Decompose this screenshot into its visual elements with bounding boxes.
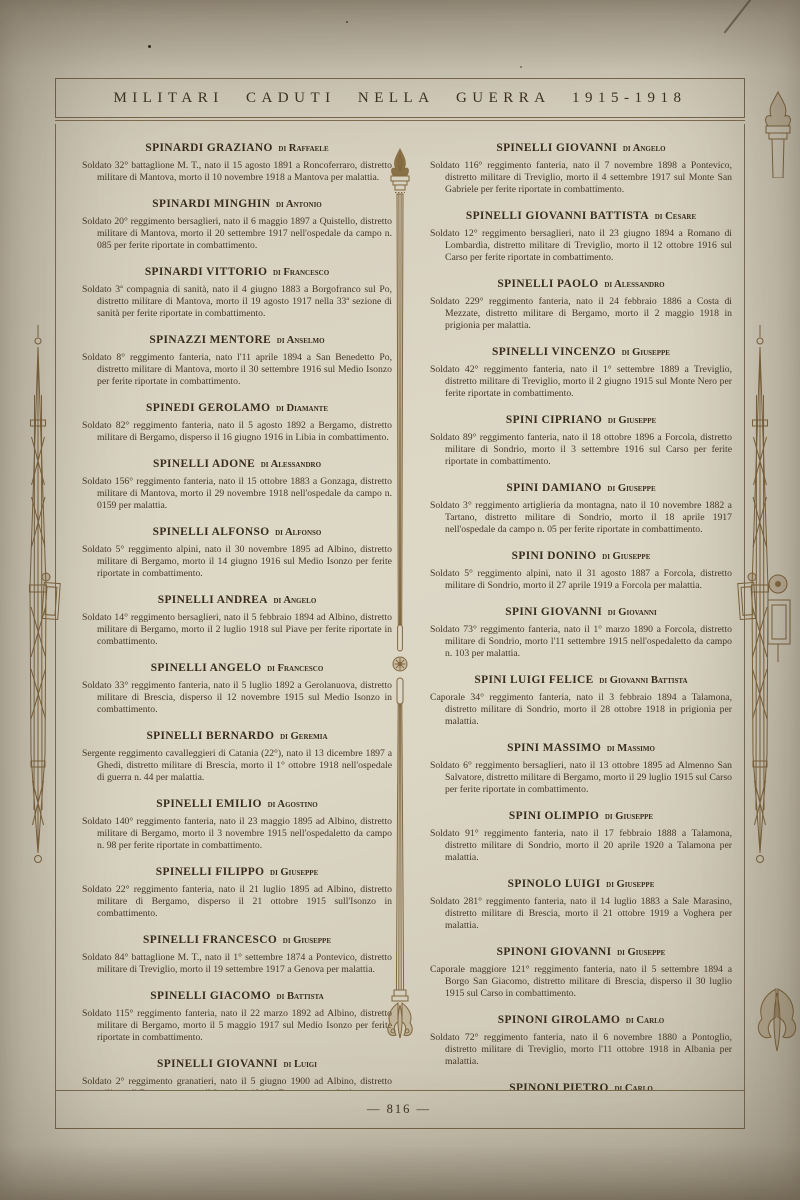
soldier-record: Soldato 281° reggimento fanteria, nato i… [430, 896, 732, 932]
soldier-entry-heading: SPINONI GIOVANNI di Giuseppe [430, 944, 732, 959]
soldier-entry: SPINI DAMIANO di Giuseppe Soldato 3° reg… [430, 480, 732, 536]
soldier-name: SPINI MASSIMO [507, 742, 601, 754]
soldier-entry: SPINI CIPRIANO di Giuseppe Soldato 89° r… [430, 412, 732, 468]
soldier-entry: SPINARDI VITTORIO di Francesco Soldato 3… [82, 264, 392, 320]
soldier-patronymic: di Antonio [273, 199, 321, 210]
soldier-entry-heading: SPINARDI MINGHIN di Antonio [82, 196, 392, 211]
soldier-entry: SPINELLI EMILIO di Agostino Soldato 140°… [82, 796, 392, 852]
soldier-name: SPINI LUIGI FELICE [474, 674, 593, 686]
ink-speck [148, 45, 151, 48]
soldier-record: Soldato 115° reggimento fanteria, nato i… [82, 1008, 392, 1044]
soldier-name: SPINELLI GIACOMO [150, 990, 271, 1002]
soldier-entry-heading: SPINELLI PAOLO di Alessandro [430, 276, 732, 291]
content-frame: SPINARDI GRAZIANO di Raffaele Soldato 32… [55, 124, 745, 1129]
soldier-entry-heading: SPINELLI FRANCESCO di Giuseppe [82, 932, 392, 947]
right-column: SPINELLI GIOVANNI di Angelo Soldato 116°… [430, 134, 732, 1090]
soldier-name: SPINONI PIETRO [509, 1082, 609, 1090]
soldier-entry-heading: SPINARDI GRAZIANO di Raffaele [82, 140, 392, 155]
soldier-name: SPINEDI GEROLAMO [146, 402, 270, 414]
ink-speck [520, 66, 522, 68]
soldier-patronymic: di Carlo [612, 1083, 653, 1090]
soldier-entry: SPINELLI ANDREA di Angelo Soldato 14° re… [82, 592, 392, 648]
soldier-name: SPINI GIOVANNI [505, 606, 602, 618]
soldier-patronymic: di Alfonso [272, 527, 321, 538]
soldier-patronymic: di Massimo [604, 743, 655, 754]
soldier-entry-heading: SPINELLI EMILIO di Agostino [82, 796, 392, 811]
soldier-entry-heading: SPINI LUIGI FELICE di Giovanni Battista [430, 672, 732, 687]
soldier-patronymic: di Francesco [264, 663, 323, 674]
soldier-record: Soldato 82° reggimento fanteria, nato il… [82, 420, 392, 444]
soldier-entry: SPINELLI FILIPPO di Giuseppe Soldato 22°… [82, 864, 392, 920]
soldier-name: SPINELLI ANDREA [158, 594, 268, 606]
soldier-entry: SPINOLO LUIGI di Giuseppe Soldato 281° r… [430, 876, 732, 932]
soldier-entry: SPINARDI GRAZIANO di Raffaele Soldato 32… [82, 140, 392, 184]
soldier-record: Soldato 14° reggimento bersaglieri, nato… [82, 612, 392, 648]
page-header: MILITARI CADUTI NELLA GUERRA 1915-1918 [55, 78, 745, 118]
soldier-entry-heading: SPINI DONINO di Giuseppe [430, 548, 732, 563]
column-divider-space [392, 134, 430, 1090]
soldier-entry: SPINI OLIMPIO di Giuseppe Soldato 91° re… [430, 808, 732, 864]
soldier-patronymic: di Giovanni Battista [597, 675, 688, 686]
soldier-patronymic: di Raffaele [276, 143, 329, 154]
soldier-record: Soldato 2° reggimento granatieri, nato i… [82, 1076, 392, 1090]
soldier-patronymic: di Alessandro [258, 459, 321, 470]
soldier-entry: SPINELLI VINCENZO di Giuseppe Soldato 42… [430, 344, 732, 400]
soldier-record: Soldato 8° reggimento fanteria, nato l'1… [82, 352, 392, 388]
soldier-patronymic: di Giovanni [605, 607, 657, 618]
soldier-name: SPINELLI ANGELO [151, 662, 262, 674]
soldier-entry: SPINELLI ANGELO di Francesco Soldato 33°… [82, 660, 392, 716]
soldier-entry-heading: SPINELLI GIOVANNI di Luigi [82, 1056, 392, 1071]
soldier-record: Soldato 229° reggimento fanteria, nato i… [430, 296, 732, 332]
soldier-patronymic: di Francesco [270, 267, 329, 278]
soldier-name: SPINARDI MINGHIN [152, 198, 270, 210]
soldier-entry-heading: SPINELLI FILIPPO di Giuseppe [82, 864, 392, 879]
soldier-patronymic: di Carlo [623, 1015, 664, 1026]
soldier-entry-heading: SPINI CIPRIANO di Giuseppe [430, 412, 732, 427]
soldier-name: SPINELLI ALFONSO [153, 526, 270, 538]
page-footer: — 816 — [55, 1092, 743, 1126]
two-column-layout: SPINARDI GRAZIANO di Raffaele Soldato 32… [56, 124, 744, 1090]
soldier-name: SPINELLI BERNARDO [146, 730, 274, 742]
page-corner-scratch [724, 0, 754, 33]
soldier-record: Soldato 20° reggimento bersaglieri, nato… [82, 216, 392, 252]
soldier-entry: SPINI GIOVANNI di Giovanni Soldato 73° r… [430, 604, 732, 660]
soldier-name: SPINONI GIROLAMO [498, 1014, 621, 1026]
soldier-record: Soldato 6° reggimento bersaglieri, nato … [430, 760, 732, 796]
soldier-record: Caporale maggiore 121° reggimento fanter… [430, 964, 732, 1000]
photo-top-shadow [0, 0, 800, 70]
photo-bottom-shadow [0, 1145, 800, 1200]
soldier-record: Soldato 42° reggimento fanteria, nato il… [430, 364, 732, 400]
soldier-record: Soldato 140° reggimento fanteria, nato i… [82, 816, 392, 852]
soldier-name: SPINAZZI MENTORE [149, 334, 271, 346]
soldier-patronymic: di Geremia [277, 731, 327, 742]
soldier-name: SPINARDI GRAZIANO [145, 142, 272, 154]
header-underline-rule [55, 120, 745, 121]
soldier-name: SPINELLI ADONE [153, 458, 255, 470]
soldier-record: Soldato 72° reggimento fanteria, nato il… [430, 1032, 732, 1068]
soldier-name: SPINELLI FRANCESCO [143, 934, 277, 946]
soldier-record: Soldato 3ª compagnia di sanità, nato il … [82, 284, 392, 320]
soldier-entry-heading: SPINEDI GEROLAMO di Diamante [82, 400, 392, 415]
soldier-record: Soldato 22° reggimento fanteria, nato il… [82, 884, 392, 920]
soldier-patronymic: di Alessandro [602, 279, 665, 290]
soldier-patronymic: di Giuseppe [602, 811, 653, 822]
soldier-name: SPINARDI VITTORIO [145, 266, 268, 278]
soldier-entry: SPINI DONINO di Giuseppe Soldato 5° regg… [430, 548, 732, 592]
edge-scroll-base-icon [754, 985, 800, 1071]
soldier-entry-heading: SPINOLO LUIGI di Giuseppe [430, 876, 732, 891]
soldier-record: Soldato 3° reggimento artiglieria da mon… [430, 500, 732, 536]
soldier-record: Soldato 73° reggimento fanteria, nato il… [430, 624, 732, 660]
soldier-record: Soldato 84° battaglione M. T., nato il 1… [82, 952, 392, 976]
page-number: — 816 — [367, 1102, 431, 1117]
soldier-entry-heading: SPINELLI ADONE di Alessandro [82, 456, 392, 471]
soldier-entry: SPINELLI GIACOMO di Battista Soldato 115… [82, 988, 392, 1044]
soldier-entry: SPINELLI ALFONSO di Alfonso Soldato 5° r… [82, 524, 392, 580]
soldier-record: Soldato 156° reggimento fanteria, nato i… [82, 476, 392, 512]
soldier-patronymic: di Angelo [271, 595, 316, 606]
soldier-entry: SPINONI GIROLAMO di Carlo Soldato 72° re… [430, 1012, 732, 1068]
soldier-entry: SPINAZZI MENTORE di Anselmo Soldato 8° r… [82, 332, 392, 388]
soldier-name: SPINELLI VINCENZO [492, 346, 616, 358]
soldier-entry: SPINELLI BERNARDO di Geremia Sergente re… [82, 728, 392, 784]
soldier-name: SPINELLI GIOVANNI [157, 1058, 278, 1070]
soldier-patronymic: di Luigi [281, 1059, 317, 1070]
edge-rosette-plaque-icon [754, 570, 800, 666]
soldier-entry: SPINELLI FRANCESCO di Giuseppe Soldato 8… [82, 932, 392, 976]
ink-speck [346, 21, 348, 23]
soldier-entry-heading: SPINARDI VITTORIO di Francesco [82, 264, 392, 279]
soldier-record: Soldato 116° reggimento fanteria, nato i… [430, 160, 732, 196]
soldier-entry-heading: SPINI GIOVANNI di Giovanni [430, 604, 732, 619]
soldier-entry: SPINI MASSIMO di Massimo Soldato 6° regg… [430, 740, 732, 796]
soldier-entry: SPINELLI GIOVANNI BATTISTA di Cesare Sol… [430, 208, 732, 264]
soldier-entry: SPINONI PIETRO di Carlo Soldato 58° regg… [430, 1080, 732, 1090]
soldier-record: Soldato 32° battaglione M. T., nato il 1… [82, 160, 392, 184]
footer-rule [56, 1090, 744, 1091]
soldier-patronymic: di Giuseppe [603, 879, 654, 890]
left-column: SPINARDI GRAZIANO di Raffaele Soldato 32… [82, 134, 392, 1090]
soldier-entry-heading: SPINI DAMIANO di Giuseppe [430, 480, 732, 495]
soldier-entry: SPINELLI PAOLO di Alessandro Soldato 229… [430, 276, 732, 332]
soldier-name: SPINI CIPRIANO [506, 414, 602, 426]
soldier-record: Soldato 89° reggimento fanteria, nato il… [430, 432, 732, 468]
soldier-name: SPINI DAMIANO [506, 482, 601, 494]
soldier-entry-heading: SPINELLI ANGELO di Francesco [82, 660, 392, 675]
soldier-entry-heading: SPINI OLIMPIO di Giuseppe [430, 808, 732, 823]
soldier-entry-heading: SPINELLI BERNARDO di Geremia [82, 728, 392, 743]
soldier-name: SPINI DONINO [512, 550, 597, 562]
soldier-patronymic: di Giuseppe [267, 867, 318, 878]
soldier-patronymic: di Battista [274, 991, 324, 1002]
soldier-entry: SPINARDI MINGHIN di Antonio Soldato 20° … [82, 196, 392, 252]
soldier-patronymic: di Giuseppe [599, 551, 650, 562]
soldier-patronymic: di Giuseppe [619, 347, 670, 358]
soldier-entry-heading: SPINELLI VINCENZO di Giuseppe [430, 344, 732, 359]
soldier-entry: SPINEDI GEROLAMO di Diamante Soldato 82°… [82, 400, 392, 444]
soldier-patronymic: di Giuseppe [605, 415, 656, 426]
soldier-name: SPINI OLIMPIO [509, 810, 599, 822]
soldier-patronymic: di Angelo [620, 143, 665, 154]
soldier-entry: SPINELLI GIOVANNI di Angelo Soldato 116°… [430, 140, 732, 196]
soldier-patronymic: di Diamante [273, 403, 328, 414]
soldier-record: Sergente reggimento cavalleggieri di Cat… [82, 748, 392, 784]
soldier-patronymic: di Cesare [652, 211, 696, 222]
soldier-patronymic: di Giuseppe [280, 935, 331, 946]
soldier-entry-heading: SPINELLI GIACOMO di Battista [82, 988, 392, 1003]
soldier-entry-heading: SPINELLI ANDREA di Angelo [82, 592, 392, 607]
soldier-entry: SPINI LUIGI FELICE di Giovanni Battista … [430, 672, 732, 728]
soldier-patronymic: di Agostino [265, 799, 318, 810]
soldier-entry-heading: SPINI MASSIMO di Massimo [430, 740, 732, 755]
soldier-entry-heading: SPINONI GIROLAMO di Carlo [430, 1012, 732, 1027]
soldier-record: Caporale 34° reggimento fanteria, nato i… [430, 692, 732, 728]
soldier-name: SPINOLO LUIGI [508, 878, 601, 890]
soldier-entry: SPINONI GIOVANNI di Giuseppe Caporale ma… [430, 944, 732, 1000]
soldier-entry-heading: SPINONI PIETRO di Carlo [430, 1080, 732, 1090]
edge-torch-top-icon [758, 90, 800, 178]
soldier-entry-heading: SPINAZZI MENTORE di Anselmo [82, 332, 392, 347]
soldier-entry-heading: SPINELLI GIOVANNI BATTISTA di Cesare [430, 208, 732, 223]
soldier-name: SPINELLI EMILIO [156, 798, 262, 810]
soldier-record: Soldato 5° reggimento alpini, nato il 31… [430, 568, 732, 592]
soldier-name: SPINONI GIOVANNI [497, 946, 612, 958]
soldier-entry: SPINELLI GIOVANNI di Luigi Soldato 2° re… [82, 1056, 392, 1090]
soldier-name: SPINELLI FILIPPO [156, 866, 265, 878]
soldier-entry-heading: SPINELLI GIOVANNI di Angelo [430, 140, 732, 155]
soldier-record: Soldato 91° reggimento fanteria, nato il… [430, 828, 732, 864]
soldier-name: SPINELLI PAOLO [497, 278, 598, 290]
soldier-patronymic: di Giuseppe [605, 483, 656, 494]
soldier-patronymic: di Giuseppe [614, 947, 665, 958]
soldier-name: SPINELLI GIOVANNI [496, 142, 617, 154]
soldier-entry: SPINELLI ADONE di Alessandro Soldato 156… [82, 456, 392, 512]
soldier-record: Soldato 5° reggimento alpini, nato il 30… [82, 544, 392, 580]
page-title: MILITARI CADUTI NELLA GUERRA 1915-1918 [113, 90, 686, 107]
soldier-name: SPINELLI GIOVANNI BATTISTA [466, 210, 649, 222]
soldier-patronymic: di Anselmo [274, 335, 324, 346]
soldier-record: Soldato 12° reggimento bersaglieri, nato… [430, 228, 732, 264]
soldier-record: Soldato 33° reggimento fanteria, nato il… [82, 680, 392, 716]
soldier-entry-heading: SPINELLI ALFONSO di Alfonso [82, 524, 392, 539]
